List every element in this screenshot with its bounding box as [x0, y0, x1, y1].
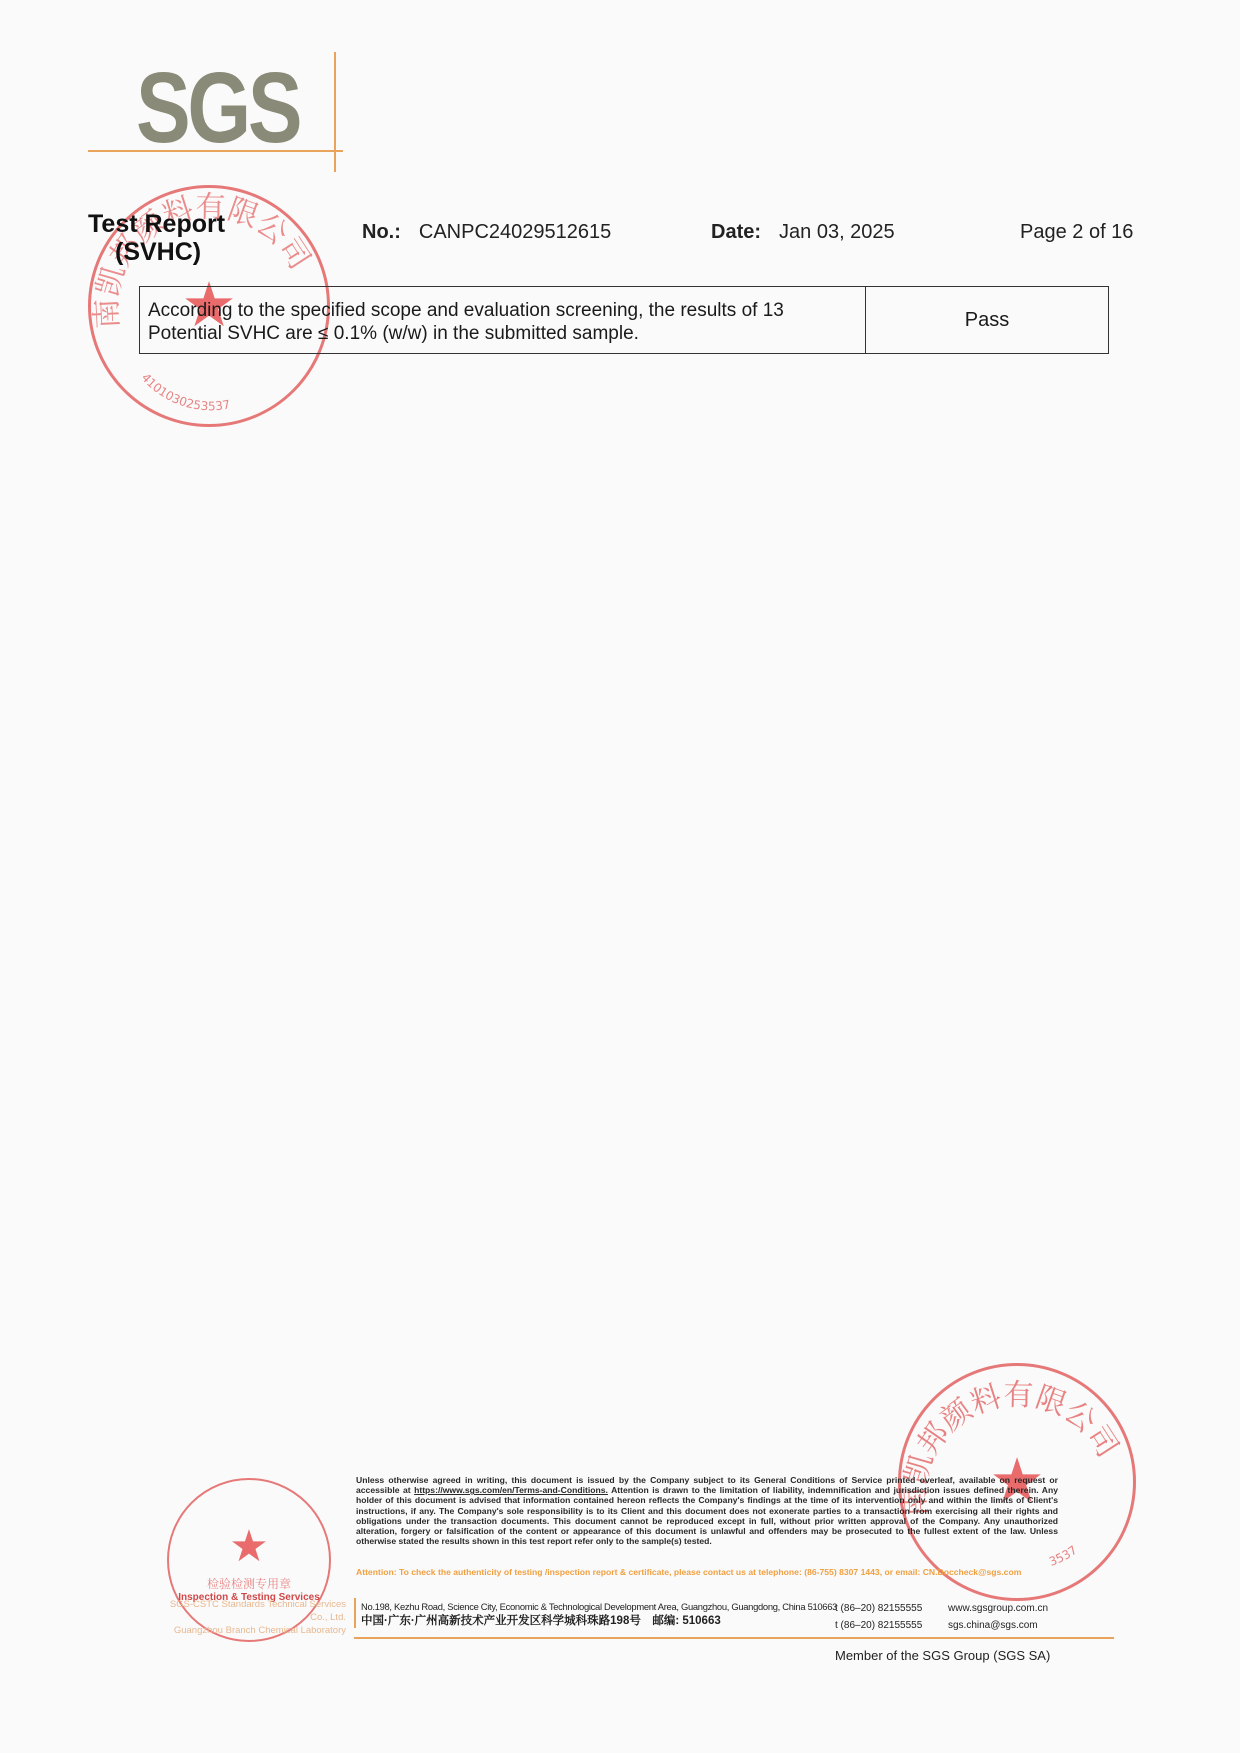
- page-indicator: Page 2 of 16: [1020, 221, 1133, 244]
- phone-1: t (86–20) 82155555: [835, 1600, 948, 1617]
- lab-name-line-1: SGS-CSTC Standards Technical Services Co…: [158, 1598, 346, 1624]
- website-link[interactable]: www.sgsgroup.com.cn: [948, 1603, 1048, 1614]
- member-statement: Member of the SGS Group (SGS SA): [835, 1648, 1050, 1663]
- summary-conclusion: According to the specified scope and eva…: [140, 287, 866, 353]
- contact-info: t (86–20) 82155555www.sgsgroup.com.cn t …: [835, 1600, 1048, 1634]
- address-cn: 中国·广东·广州高新技术产业开发区科学城科珠路198号 邮编: 510663: [361, 1614, 837, 1628]
- report-number: No.:CANPC24029512615: [362, 221, 611, 244]
- sgs-logo-text: SGS: [136, 58, 299, 158]
- report-number-value: CANPC24029512615: [419, 221, 611, 243]
- email-link[interactable]: sgs.china@sgs.com: [948, 1620, 1038, 1631]
- seal-star-icon: ★: [229, 1516, 268, 1578]
- logo-divider-horizontal: [88, 150, 343, 152]
- terms-link[interactable]: https://www.sgs.com/en/Terms-and-Conditi…: [414, 1485, 608, 1495]
- lab-name: SGS-CSTC Standards Technical Services Co…: [158, 1598, 346, 1637]
- summary-result: Pass: [866, 287, 1108, 353]
- address-en: No.198, Kezhu Road, Science City, Econom…: [361, 1600, 837, 1614]
- svg-text:4101030253537: 4101030253537: [139, 370, 232, 413]
- report-number-label: No.:: [362, 221, 401, 243]
- summary-table: According to the specified scope and eva…: [139, 286, 1109, 354]
- phone-2: t (86–20) 82155555: [835, 1617, 948, 1634]
- svg-text:3537: 3537: [1047, 1543, 1080, 1569]
- report-title-main: Test Report: [88, 210, 225, 238]
- lab-address: No.198, Kezhu Road, Science City, Econom…: [361, 1600, 837, 1628]
- report-date-value: Jan 03, 2025: [779, 221, 895, 243]
- legal-disclaimer: Unless otherwise agreed in writing, this…: [356, 1475, 1058, 1546]
- logo-divider-vertical: [334, 52, 336, 172]
- authenticity-notice: Attention: To check the authenticity of …: [356, 1567, 1058, 1577]
- report-date-label: Date:: [711, 221, 761, 243]
- seal-label-cn: 检验检测专用章: [169, 1575, 329, 1592]
- footer-divider-vertical: [354, 1598, 356, 1628]
- sgs-logo: SGS: [88, 50, 343, 175]
- report-title-sub: (SVHC): [88, 238, 225, 266]
- report-date: Date:Jan 03, 2025: [711, 221, 895, 244]
- lab-name-line-2: Guangzhou Branch Chemical Laboratory: [158, 1624, 346, 1637]
- footer-divider-horizontal: [354, 1637, 1114, 1639]
- report-title: Test Report (SVHC): [88, 210, 225, 266]
